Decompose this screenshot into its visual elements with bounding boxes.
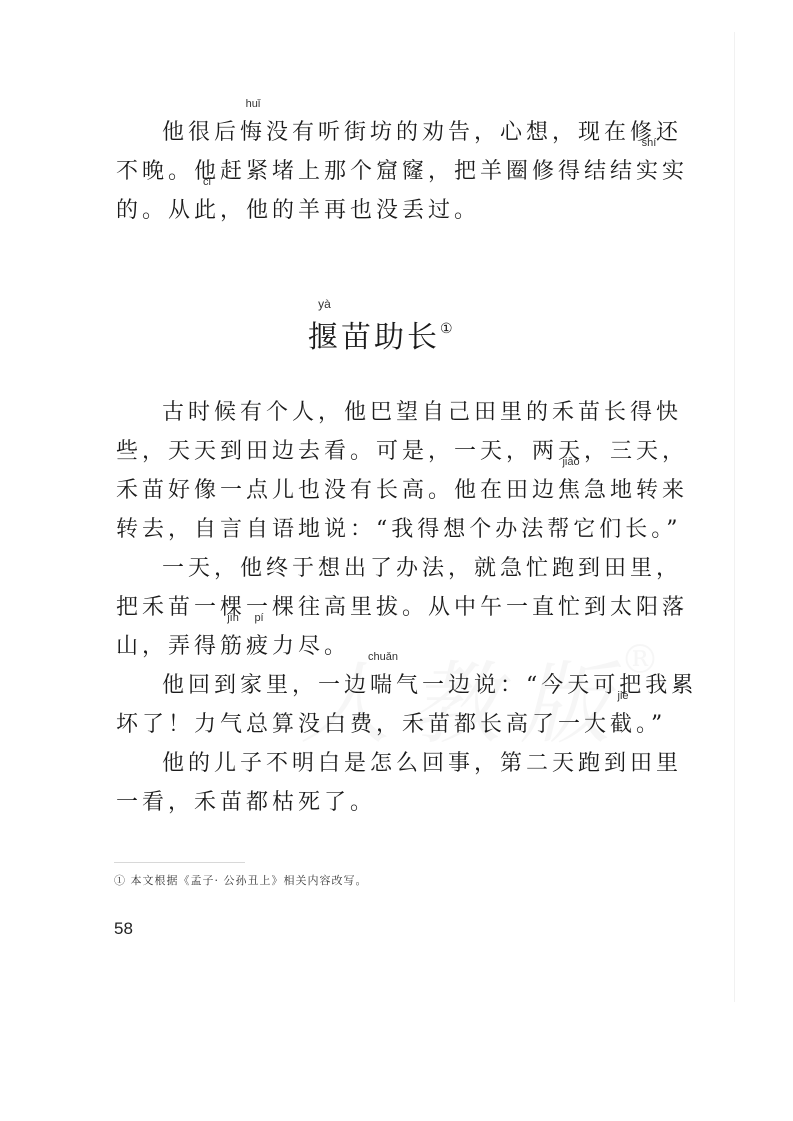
annotated-character: 悔huǐ	[240, 113, 266, 152]
annotated-character: 揠yà	[308, 312, 341, 356]
text-line: 把禾苗一棵一棵往高里拔。从中午一直忙到太阳落	[116, 588, 646, 627]
text-run: 气一边说：“今天可把我累	[396, 673, 697, 698]
footnote-divider	[114, 862, 245, 863]
text-run: 山，弄得	[116, 634, 220, 659]
annotated-character: 截jié	[610, 705, 636, 744]
text-line: 他很后悔huǐ没有听街坊的劝告，心想，现在修还	[116, 113, 646, 152]
pinyin-annotation: cǐ	[203, 176, 211, 188]
pinyin-annotation: chuǎn	[368, 651, 398, 663]
text-line: 古时候有个人，他巴望自己田里的禾苗长得快	[116, 393, 646, 432]
text-run: ，他的羊再也没丢过。	[220, 198, 480, 223]
pinyin-annotation: jié	[618, 690, 629, 702]
text-run: 力尽。	[272, 634, 350, 659]
text-run: 些，天天到田边去看。可是，一天，两天，三天，	[116, 439, 688, 464]
text-line: 一看，禾苗都枯死了。	[116, 783, 646, 822]
text-run: 古时候有个人，他巴望自己田里的禾苗长得快	[162, 400, 682, 425]
pinyin-annotation: pí	[254, 612, 263, 624]
story-title: 揠yà苗助长①	[308, 312, 453, 356]
text-run: 实	[662, 159, 688, 184]
text-run: 禾苗好像一点儿也没有长高。他在田边	[116, 478, 558, 503]
page-edge-line	[734, 32, 735, 1002]
footnote-marker: ①	[440, 321, 453, 337]
annotated-character: 喘chuǎn	[370, 666, 396, 705]
text-run: 他的儿子不明白是怎么回事，第二天跑到田里	[162, 751, 682, 776]
text-line: 一天，他终于想出了办法，就急忙跑到田里，	[116, 549, 646, 588]
text-run: 坏了！力气总算没白费，禾苗都长高了一大	[116, 712, 610, 737]
text-run: 转去，自言自语地说：“我得想个办法帮它们长。”	[116, 517, 682, 542]
pinyin-annotation: huǐ	[246, 98, 261, 110]
annotated-character: 筋jīn	[220, 627, 246, 666]
text-line: 禾苗好像一点儿也没有长高。他在田边焦jiāo急地转来	[116, 471, 646, 510]
annotated-character: 疲pí	[246, 627, 272, 666]
page-number: 58	[114, 919, 133, 939]
text-run: 把禾苗一棵一棵往高里拔。从中午一直忙到太阳落	[116, 595, 688, 620]
text-line: 不晚。他赶紧堵上那个窟窿，把羊圈修得结结实shí实	[116, 152, 646, 191]
text-line: 转去，自言自语地说：“我得想个办法帮它们长。”	[116, 510, 646, 549]
pinyin-annotation: jiāo	[562, 456, 579, 468]
text-run: 的。从	[116, 198, 194, 223]
previous-story-ending: 他很后悔huǐ没有听街坊的劝告，心想，现在修还不晚。他赶紧堵上那个窟窿，把羊圈修…	[116, 113, 646, 230]
annotated-character: 实shí	[636, 152, 662, 191]
text-run: 没有听街坊的劝告，心想，现在修还	[266, 120, 682, 145]
footnote: ① 本文根据《孟子· 公孙丑上》相关内容改写。	[114, 872, 368, 888]
text-line: 他的儿子不明白是怎么回事，第二天跑到田里	[116, 744, 646, 783]
pinyin-annotation: yà	[318, 298, 331, 310]
text-run: 一天，他终于想出了办法，就急忙跑到田里，	[162, 556, 682, 581]
pinyin-annotation: jīn	[227, 612, 239, 624]
text-line: 坏了！力气总算没白费，禾苗都长高了一大截jié。”	[116, 705, 646, 744]
text-line: 的。从此cǐ，他的羊再也没丢过。	[116, 191, 646, 230]
pinyin-annotation: shí	[642, 137, 657, 149]
text-run: 急地转来	[584, 478, 688, 503]
text-run: 他回到家里，一边	[162, 673, 370, 698]
text-line: 他回到家里，一边喘chuǎn气一边说：“今天可把我累	[116, 666, 646, 705]
text-run: 。”	[636, 712, 666, 737]
text-run: 苗助长	[341, 320, 440, 355]
text-run: 不晚。他赶紧堵上那个窟窿，把羊圈修得结结	[116, 159, 636, 184]
annotated-character: 焦jiāo	[558, 471, 584, 510]
story-body: 古时候有个人，他巴望自己田里的禾苗长得快些，天天到田边去看。可是，一天，两天，三…	[116, 393, 646, 822]
annotated-character: 此cǐ	[194, 191, 220, 230]
text-run: 一看，禾苗都枯死了。	[116, 790, 376, 815]
text-run: 他很后	[162, 120, 240, 145]
